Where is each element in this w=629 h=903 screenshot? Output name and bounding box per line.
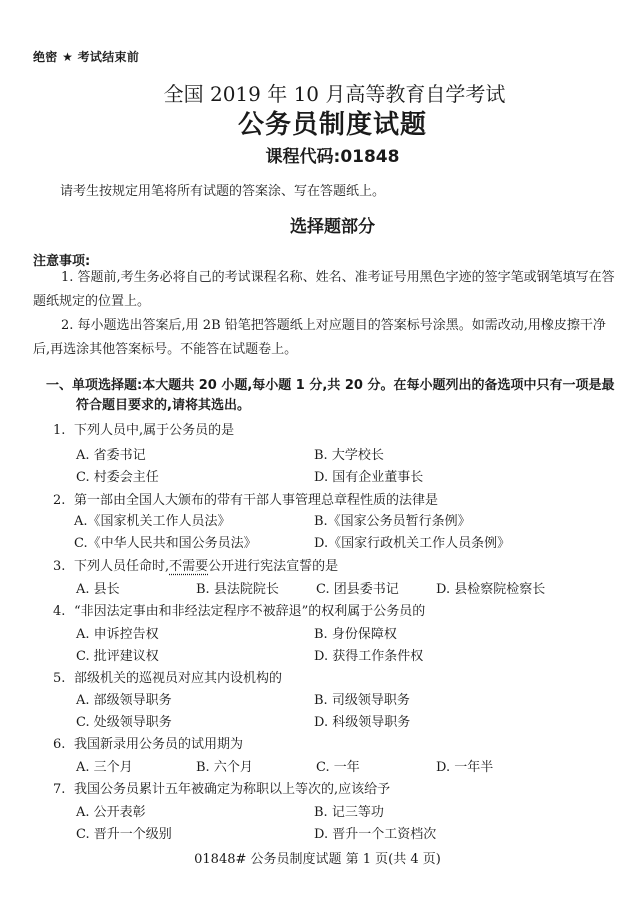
emphasized-text: 不需要 — [169, 559, 208, 574]
option-4c: C. 批评建议权 — [76, 645, 159, 664]
option-1c: C. 村委会主任 — [76, 466, 159, 485]
option-1d: D. 国有企业董事长 — [314, 466, 423, 485]
question-7: 7.我国公务员累计五年被确定为称职以上等次的,应该给予 — [53, 778, 390, 797]
option-7d: D. 晋升一个工资档次 — [314, 823, 436, 842]
option-3b: B. 县法院院长 — [196, 578, 279, 597]
question-number: 4. — [53, 604, 74, 619]
subject-title: 公务员制度试题 — [0, 104, 629, 141]
option-1b: B. 大学校长 — [314, 444, 384, 463]
question-number: 5. — [53, 671, 74, 686]
option-3a: A. 县长 — [76, 578, 120, 597]
option-4d: D. 获得工作条件权 — [314, 645, 423, 664]
option-6a: A. 三个月 — [76, 756, 133, 775]
option-2d: D.《国家行政机关工作人员条例》 — [314, 532, 510, 551]
question-number: 3. — [53, 559, 74, 574]
question-5: 5.部级机关的巡视员对应其内设机构的 — [53, 667, 282, 686]
option-2a: A.《国家机关工作人员法》 — [74, 510, 231, 529]
question-4: 4.“非因法定事由和非经法定程序不被辞退”的权利属于公务员的 — [53, 600, 425, 619]
question-text: 我国新录用公务员的试用期为 — [74, 737, 243, 752]
option-6b: B. 六个月 — [196, 756, 253, 775]
question-text-after: 公开进行宪法宣誓的是 — [208, 559, 338, 574]
question-text: “非因法定事由和非经法定程序不被辞退”的权利属于公务员的 — [74, 604, 425, 619]
course-code: 课程代码:01848 — [0, 142, 629, 167]
option-2b: B.《国家公务员暂行条例》 — [314, 510, 471, 529]
option-4a: A. 申诉控告权 — [76, 623, 159, 642]
question-number: 1. — [53, 423, 74, 438]
section-heading: 一、单项选择题:本大题共 20 小题,每小题 1 分,共 20 分。在每小题列出… — [46, 376, 616, 416]
page-footer: 01848# 公务员制度试题 第 1 页(共 4 页) — [0, 848, 629, 867]
option-6d: D. 一年半 — [436, 756, 493, 775]
option-5c: C. 处级领导职务 — [76, 711, 172, 730]
question-text: 第一部由全国人大颁布的带有干部人事管理总章程性质的法律是 — [74, 493, 438, 508]
note-item-1: 1. 答题前,考生务必将自己的考试课程名称、姓名、准考证号用黑色字迹的签字笔或钢… — [33, 266, 623, 314]
option-5d: D. 科级领导职务 — [314, 711, 410, 730]
option-7a: A. 公开表彰 — [76, 801, 146, 820]
answer-instruction: 请考生按规定用笔将所有试题的答案涂、写在答题纸上。 — [60, 180, 385, 199]
option-5b: B. 司级领导职务 — [314, 689, 410, 708]
question-text: 下列人员中,属于公务员的是 — [74, 423, 234, 438]
question-number: 2. — [53, 493, 74, 508]
option-5a: A. 部级领导职务 — [76, 689, 172, 708]
question-3: 3.下列人员任命时,不需要公开进行宪法宣誓的是 — [53, 555, 338, 574]
question-1: 1.下列人员中,属于公务员的是 — [53, 419, 234, 438]
option-1a: A. 省委书记 — [76, 444, 146, 463]
option-3c: C. 团县委书记 — [316, 578, 399, 597]
question-number: 6. — [53, 737, 74, 752]
exam-title: 全国 2019 年 10 月高等教育自学考试 — [0, 78, 629, 107]
confidential-label: 绝密 ★ 考试结束前 — [33, 48, 139, 65]
question-6: 6.我国新录用公务员的试用期为 — [53, 733, 243, 752]
option-7c: C. 晋升一个级别 — [76, 823, 172, 842]
question-text-before: 下列人员任命时, — [74, 559, 169, 574]
option-3d: D. 县检察院检察长 — [436, 578, 545, 597]
option-4b: B. 身份保障权 — [314, 623, 397, 642]
option-7b: B. 记三等功 — [314, 801, 384, 820]
part-title: 选择题部分 — [0, 212, 629, 237]
question-2: 2.第一部由全国人大颁布的带有干部人事管理总章程性质的法律是 — [53, 489, 438, 508]
option-2c: C.《中华人民共和国公务员法》 — [74, 532, 257, 551]
note-item-2: 2. 每小题选出答案后,用 2B 铅笔把答题纸上对应题目的答案标号涂黑。如需改动… — [33, 314, 623, 362]
question-text: 部级机关的巡视员对应其内设机构的 — [74, 671, 282, 686]
option-6c: C. 一年 — [316, 756, 360, 775]
question-number: 7. — [53, 782, 74, 797]
question-text: 我国公务员累计五年被确定为称职以上等次的,应该给予 — [74, 782, 390, 797]
